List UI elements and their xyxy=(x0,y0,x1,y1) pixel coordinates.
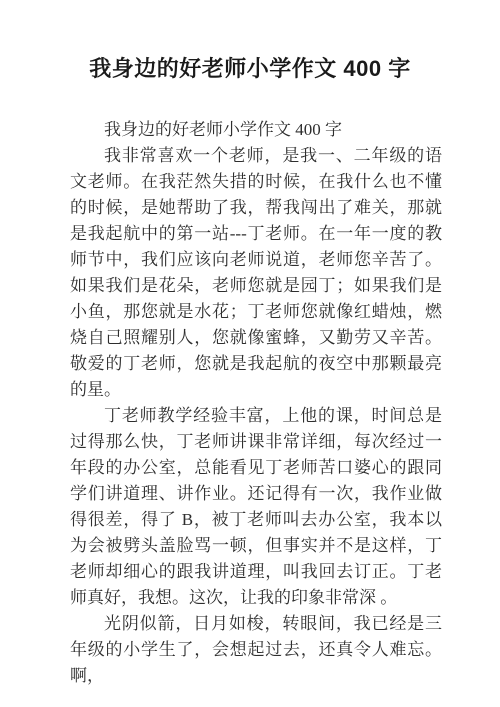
essay-subtitle: 我身边的好老师小学作文 400 字 xyxy=(70,117,442,143)
essay-paragraph-2: 丁老师教学经验丰富，上他的课，时间总是过得那么快，丁老师讲课非常详细，每次经过一… xyxy=(70,403,442,611)
essay-paragraph-3: 光阴似箭，日月如梭，转眼间，我已经是三年级的小学生了，会想起过去，还真令人难忘。… xyxy=(70,611,442,689)
essay-body: 我身边的好老师小学作文 400 字 我非常喜欢一个老师，是我一、二年级的语文老师… xyxy=(70,117,442,689)
essay-paragraph-1: 我非常喜欢一个老师，是我一、二年级的语文老师。在我茫然失措的时候，在我什么也不懂… xyxy=(70,143,442,403)
document-page: 我身边的好老师小学作文 400 字 我身边的好老师小学作文 400 字 我非常喜… xyxy=(0,0,500,707)
essay-title: 我身边的好老师小学作文 400 字 xyxy=(0,0,500,84)
